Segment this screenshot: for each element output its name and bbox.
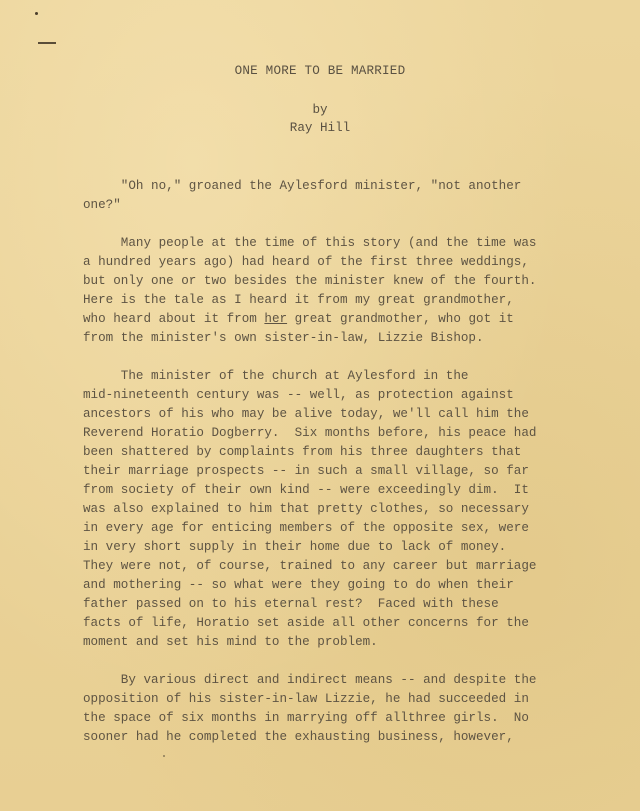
text-line: Many people at the time of this story (a… xyxy=(83,234,553,253)
text-line: but only one or two besides the minister… xyxy=(83,272,553,291)
text-line: facts of life, Horatio set aside all oth… xyxy=(83,614,553,633)
byline-by: by xyxy=(0,103,640,117)
text-line: "Oh no," groaned the Aylesford minister,… xyxy=(83,177,553,196)
text-line: moment and set his mind to the problem. xyxy=(83,633,553,652)
ink-spot xyxy=(35,12,38,15)
text-line: who heard about it from her great grandm… xyxy=(83,310,553,329)
text-line: in very short supply in their home due t… xyxy=(83,538,553,557)
paragraph: By various direct and indirect means -- … xyxy=(83,671,553,747)
text-line: opposition of his sister-in-law Lizzie, … xyxy=(83,690,553,709)
text-line: ancestors of his who may be alive today,… xyxy=(83,405,553,424)
text-line: their marriage prospects -- in such a sm… xyxy=(83,462,553,481)
text-line: The minister of the church at Aylesford … xyxy=(83,367,553,386)
text-line: and mothering -- so what were they going… xyxy=(83,576,553,595)
text-line: sooner had he completed the exhausting b… xyxy=(83,728,553,747)
text-line: been shattered by complaints from his th… xyxy=(83,443,553,462)
story-body: "Oh no," groaned the Aylesford minister,… xyxy=(83,177,553,766)
paragraph: Many people at the time of this story (a… xyxy=(83,234,553,348)
title-text: ONE MORE TO BE MARRIED xyxy=(235,64,406,78)
text-line: mid-nineteenth century was -- well, as p… xyxy=(83,386,553,405)
text-line: By various direct and indirect means -- … xyxy=(83,671,553,690)
text-line: one?" xyxy=(83,196,553,215)
typewritten-page: ONE MORE TO BE MARRIED by Ray Hill "Oh n… xyxy=(0,0,640,811)
text-line: They were not, of course, trained to any… xyxy=(83,557,553,576)
text-line: from the minister's own sister-in-law, L… xyxy=(83,329,553,348)
author-name: Ray Hill xyxy=(0,121,640,135)
text-line: was also explained to him that pretty cl… xyxy=(83,500,553,519)
paragraph: "Oh no," groaned the Aylesford minister,… xyxy=(83,177,553,215)
text-line: a hundred years ago) had heard of the fi… xyxy=(83,253,553,272)
text-line: the space of six months in marrying off … xyxy=(83,709,553,728)
margin-dash-mark xyxy=(38,42,56,44)
text-line: Reverend Horatio Dogberry. Six months be… xyxy=(83,424,553,443)
text-line: in every age for enticing members of the… xyxy=(83,519,553,538)
underlined-word: her xyxy=(264,312,287,326)
text-line: from society of their own kind -- were e… xyxy=(83,481,553,500)
text-line: Here is the tale as I heard it from my g… xyxy=(83,291,553,310)
paragraph: The minister of the church at Aylesford … xyxy=(83,367,553,652)
document-title: ONE MORE TO BE MARRIED xyxy=(0,64,640,78)
text-line: father passed on to his eternal rest? Fa… xyxy=(83,595,553,614)
